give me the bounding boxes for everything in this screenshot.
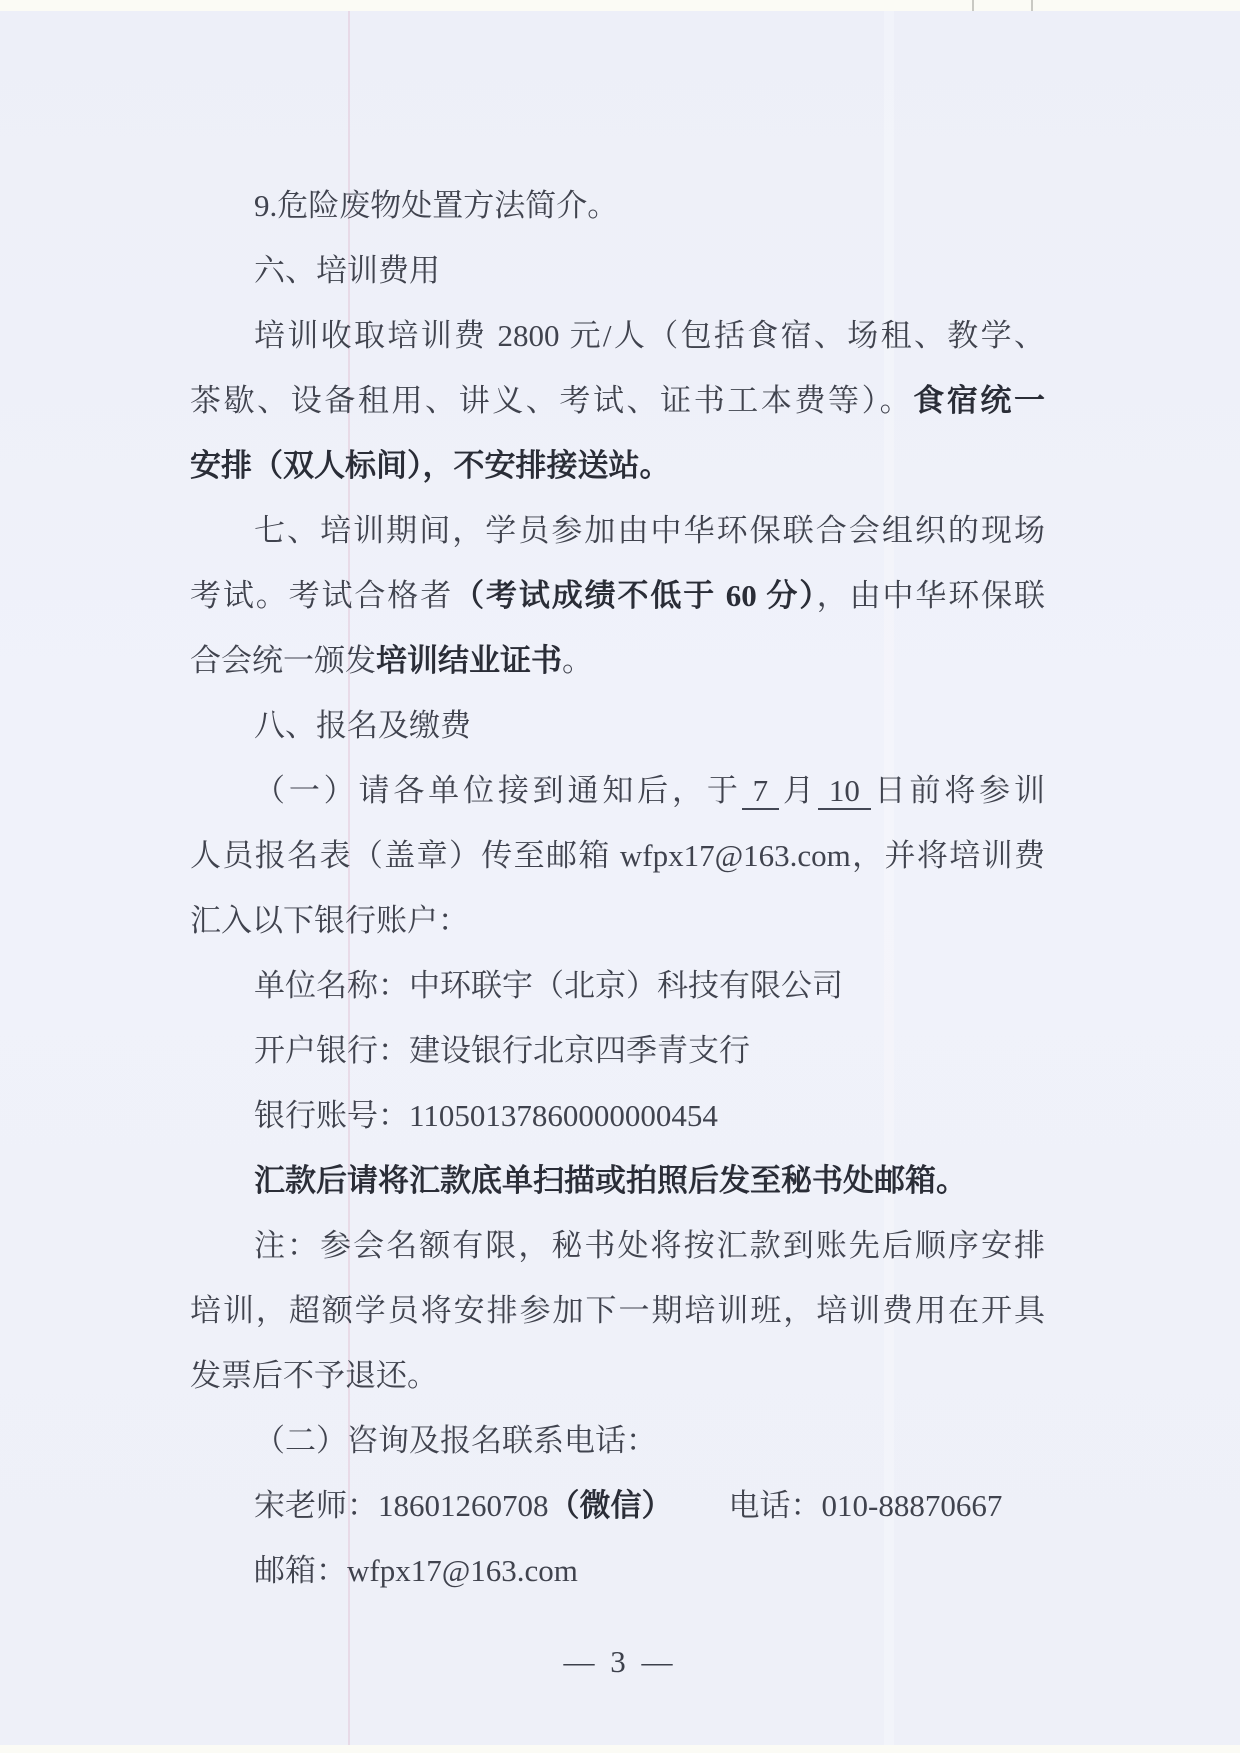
text-run: 开户银行：建设银行北京四季青支行 (254, 1033, 750, 1068)
underline-day-value: 10 (818, 773, 871, 810)
line-fee-includes: 茶歇、设备租用、讲义、考试、证书工本费等）。食宿统一 (190, 368, 1045, 433)
text-run: 月 (779, 773, 818, 808)
text-run: 银行账号：11050137860000000454 (254, 1098, 718, 1133)
line-curriculum-item-9: 9.危险废物处置方法简介。 (190, 173, 1045, 238)
text-run: （二）咨询及报名联系电话： (254, 1423, 657, 1458)
line-registration-email: 人员报名表（盖章）传至邮箱 wfpx17@163.com，并将培训费 (190, 823, 1045, 888)
bold-run-wechat: （微信） (549, 1488, 673, 1523)
heading-section-6-training-fee: 六、培训费用 (190, 238, 1045, 303)
text-run: 注：参会名额有限，秘书处将按汇款到账先后顺序安排 (254, 1228, 1045, 1263)
line-contact-teacher-song: 宋老师：18601260708（微信）电话：010-88870667 (190, 1473, 1045, 1538)
text-run: 。 (562, 643, 593, 678)
line-accommodation-note: 安排（双人标间），不安排接送站。 (190, 433, 1045, 498)
scan-page-paper: 9.危险废物处置方法简介。 六、培训费用 培训收取培训费 2800 元/人（包括… (0, 11, 1240, 1745)
text-run: 邮箱：wfpx17@163.com (254, 1553, 578, 1588)
scan-seam-artifact (1031, 0, 1033, 11)
bold-run-certificate: 培训结业证书 (376, 643, 562, 678)
heading-contact-phone: （二）咨询及报名联系电话： (190, 1408, 1045, 1473)
scanned-document-canvas: 9.危险废物处置方法简介。 六、培训费用 培训收取培训费 2800 元/人（包括… (0, 0, 1240, 1753)
line-remittance-receipt-note: 汇款后请将汇款底单扫描或拍照后发至秘书处邮箱。 (190, 1148, 1045, 1213)
line-quota-note-1: 注：参会名额有限，秘书处将按汇款到账先后顺序安排 (190, 1213, 1045, 1278)
text-run: 发票后不予退还。 (190, 1358, 438, 1393)
text-run: 八、报名及缴费 (254, 708, 471, 743)
line-fee-amount: 培训收取培训费 2800 元/人（包括食宿、场租、教学、 (190, 303, 1045, 368)
text-run: 日前将参训 (871, 773, 1045, 808)
text-run-phone: 电话：010-88870667 (729, 1488, 1003, 1523)
line-bank-name: 开户银行：建设银行北京四季青支行 (190, 1018, 1045, 1083)
text-run: 汇入以下银行账户： (190, 903, 469, 938)
line-bank-account-number: 银行账号：11050137860000000454 (190, 1083, 1045, 1148)
heading-section-7-exam: 七、培训期间，学员参加由中华环保联合会组织的现场 (190, 498, 1045, 563)
page-number: — 3 — (0, 1642, 1240, 1682)
bold-run-accommodation: 食宿统一 (913, 383, 1045, 418)
text-run: 人员报名表（盖章）传至邮箱 wfpx17@163.com，并将培训费 (190, 838, 1045, 873)
text-run: 合会统一颁发 (190, 643, 376, 678)
underline-month-value: 7 (742, 773, 780, 810)
text-run: （一）请各单位接到通知后，于 (254, 773, 742, 808)
line-exam-pass-score: 考试。考试合格者（考试成绩不低于 60 分），由中华环保联 (190, 563, 1045, 628)
line-quota-note-3: 发票后不予退还。 (190, 1343, 1045, 1408)
text-run: 六、培训费用 (254, 253, 440, 288)
text-run: 茶歇、设备租用、讲义、考试、证书工本费等）。 (190, 383, 913, 418)
line-company-name: 单位名称：中环联宇（北京）科技有限公司 (190, 953, 1045, 1018)
text-run: 宋老师：18601260708 (254, 1488, 549, 1523)
text-run: 考试。考试合格者 (190, 578, 453, 613)
text-run: 单位名称：中环联宇（北京）科技有限公司 (254, 968, 843, 1003)
line-certificate: 合会统一颁发培训结业证书。 (190, 628, 1045, 693)
heading-section-8-registration-payment: 八、报名及缴费 (190, 693, 1045, 758)
bold-run-remittance: 汇款后请将汇款底单扫描或拍照后发至秘书处邮箱。 (254, 1163, 967, 1198)
scan-seam-artifact (972, 0, 974, 11)
line-bank-transfer-intro: 汇入以下银行账户： (190, 888, 1045, 953)
bold-run-pass-score: （考试成绩不低于 60 分） (453, 578, 817, 613)
text-run: 培训收取培训费 2800 元/人（包括食宿、场租、教学、 (254, 318, 1045, 353)
line-quota-note-2: 培训，超额学员将安排参加下一期培训班，培训费用在开具 (190, 1278, 1045, 1343)
text-run: ，由中华环保联 (817, 578, 1045, 613)
text-run: 9.危险废物处置方法简介。 (254, 188, 618, 223)
document-body: 9.危险废物处置方法简介。 六、培训费用 培训收取培训费 2800 元/人（包括… (190, 173, 1045, 1603)
text-run: 培训，超额学员将安排参加下一期培训班，培训费用在开具 (190, 1293, 1045, 1328)
line-registration-deadline: （一）请各单位接到通知后，于7月10日前将参训 (190, 758, 1045, 823)
text-run: 七、培训期间，学员参加由中华环保联合会组织的现场 (254, 513, 1045, 548)
bold-run: 安排（双人标间），不安排接送站。 (190, 448, 671, 483)
line-contact-email: 邮箱：wfpx17@163.com (190, 1538, 1045, 1603)
